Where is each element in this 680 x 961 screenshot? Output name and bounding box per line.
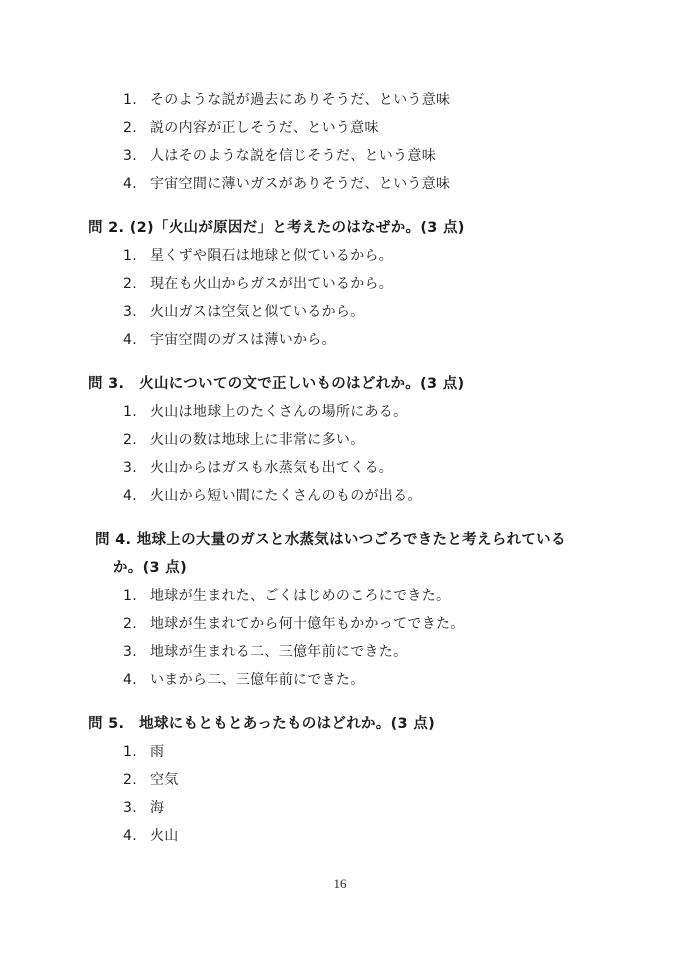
option-list: 1. 地球が生まれた、ごくはじめのころにできた。 2. 地球が生まれてから何十億… xyxy=(88,582,620,694)
option-number: 2. xyxy=(123,766,150,794)
option-item: 3. 人はそのような説を信じそうだ、という意味 xyxy=(88,142,620,170)
option-text: 火山の数は地球上に非常に多い。 xyxy=(150,426,620,454)
option-list: 1. 火山は地球上のたくさんの場所にある。 2. 火山の数は地球上に非常に多い。… xyxy=(88,398,620,510)
option-number: 1. xyxy=(123,86,150,114)
option-text: 火山は地球上のたくさんの場所にある。 xyxy=(150,398,620,426)
option-item: 4. いまから二、三億年前にできた。 xyxy=(88,666,620,694)
option-text: 火山から短い間にたくさんのものが出る。 xyxy=(150,482,620,510)
option-text: 宇宙空間に薄いガスがありそうだ、という意味 xyxy=(150,170,620,198)
option-item: 3. 火山ガスは空気と似ているから。 xyxy=(88,298,620,326)
option-item: 4. 火山 xyxy=(88,822,620,850)
option-item: 2. 現在も火山からガスが出ているから。 xyxy=(88,270,620,298)
option-item: 3. 海 xyxy=(88,794,620,822)
option-number: 4. xyxy=(123,326,150,354)
question-block: 問 3. 火山についての文で正しいものはどれか。(3 点) 1. 火山は地球上の… xyxy=(88,370,620,510)
option-number: 2. xyxy=(123,610,150,638)
option-text: 人はそのような説を信じそうだ、という意味 xyxy=(150,142,620,170)
option-item: 2. 説の内容が正しそうだ、という意味 xyxy=(88,114,620,142)
option-number: 4. xyxy=(123,482,150,510)
option-number: 1. xyxy=(123,398,150,426)
option-item: 4. 宇宙空間に薄いガスがありそうだ、という意味 xyxy=(88,170,620,198)
option-item: 4. 宇宙空間のガスは薄いから。 xyxy=(88,326,620,354)
option-text: 火山ガスは空気と似ているから。 xyxy=(150,298,620,326)
question-heading: 問 4. 地球上の大量のガスと水蒸気はいつごろできたと考えられている か。(3 … xyxy=(88,526,620,582)
option-text: 説の内容が正しそうだ、という意味 xyxy=(150,114,620,142)
option-number: 2. xyxy=(123,270,150,298)
option-text: 火山 xyxy=(150,822,620,850)
option-text: 地球が生まれる二、三億年前にできた。 xyxy=(150,638,620,666)
option-number: 4. xyxy=(123,170,150,198)
option-item: 1. 火山は地球上のたくさんの場所にある。 xyxy=(88,398,620,426)
option-list: 1. 雨 2. 空気 3. 海 4. 火山 xyxy=(88,738,620,850)
option-item: 1. 雨 xyxy=(88,738,620,766)
option-item: 1. 星くずや隕石は地球と似ているから。 xyxy=(88,242,620,270)
option-number: 2. xyxy=(123,114,150,142)
option-item: 1. そのような説が過去にありそうだ、という意味 xyxy=(88,86,620,114)
option-text: いまから二、三億年前にできた。 xyxy=(150,666,620,694)
option-text: 海 xyxy=(150,794,620,822)
option-text: 宇宙空間のガスは薄いから。 xyxy=(150,326,620,354)
option-number: 1. xyxy=(123,582,150,610)
option-text: 雨 xyxy=(150,738,620,766)
option-list: 1. 星くずや隕石は地球と似ているから。 2. 現在も火山からガスが出ているから… xyxy=(88,242,620,354)
option-item: 4. 火山から短い間にたくさんのものが出る。 xyxy=(88,482,620,510)
option-number: 2. xyxy=(123,426,150,454)
option-number: 4. xyxy=(123,666,150,694)
option-number: 1. xyxy=(123,242,150,270)
question-block: 1. そのような説が過去にありそうだ、という意味 2. 説の内容が正しそうだ、と… xyxy=(88,86,620,198)
option-item: 3. 火山からはガスも水蒸気も出てくる。 xyxy=(88,454,620,482)
option-number: 3. xyxy=(123,142,150,170)
page-content: 1. そのような説が過去にありそうだ、という意味 2. 説の内容が正しそうだ、と… xyxy=(88,86,620,850)
question-block: 問 4. 地球上の大量のガスと水蒸気はいつごろできたと考えられている か。(3 … xyxy=(88,526,620,694)
document-page: 1. そのような説が過去にありそうだ、という意味 2. 説の内容が正しそうだ、と… xyxy=(0,0,680,961)
option-text: 地球が生まれた、ごくはじめのころにできた。 xyxy=(150,582,620,610)
option-number: 3. xyxy=(123,454,150,482)
option-text: 火山からはガスも水蒸気も出てくる。 xyxy=(150,454,620,482)
option-number: 3. xyxy=(123,298,150,326)
option-list: 1. そのような説が過去にありそうだ、という意味 2. 説の内容が正しそうだ、と… xyxy=(88,86,620,198)
option-number: 3. xyxy=(123,794,150,822)
question-block: 問 2. (2)「火山が原因だ」と考えたのはなぜか。(3 点) 1. 星くずや隕… xyxy=(88,214,620,354)
question-heading: 問 2. (2)「火山が原因だ」と考えたのはなぜか。(3 点) xyxy=(88,214,620,242)
question-heading: 問 5. 地球にもともとあったものはどれか。(3 点) xyxy=(88,710,620,738)
option-text: 空気 xyxy=(150,766,620,794)
option-item: 3. 地球が生まれる二、三億年前にできた。 xyxy=(88,638,620,666)
option-number: 4. xyxy=(123,822,150,850)
question-heading: 問 3. 火山についての文で正しいものはどれか。(3 点) xyxy=(88,370,620,398)
option-number: 3. xyxy=(123,638,150,666)
option-text: 星くずや隕石は地球と似ているから。 xyxy=(150,242,620,270)
option-item: 2. 地球が生まれてから何十億年もかかってできた。 xyxy=(88,610,620,638)
option-item: 2. 空気 xyxy=(88,766,620,794)
option-text: 現在も火山からガスが出ているから。 xyxy=(150,270,620,298)
option-text: 地球が生まれてから何十億年もかかってできた。 xyxy=(150,610,620,638)
page-number: 16 xyxy=(0,876,680,892)
question-block: 問 5. 地球にもともとあったものはどれか。(3 点) 1. 雨 2. 空気 3… xyxy=(88,710,620,850)
option-number: 1. xyxy=(123,738,150,766)
option-item: 2. 火山の数は地球上に非常に多い。 xyxy=(88,426,620,454)
option-item: 1. 地球が生まれた、ごくはじめのころにできた。 xyxy=(88,582,620,610)
option-text: そのような説が過去にありそうだ、という意味 xyxy=(150,86,620,114)
